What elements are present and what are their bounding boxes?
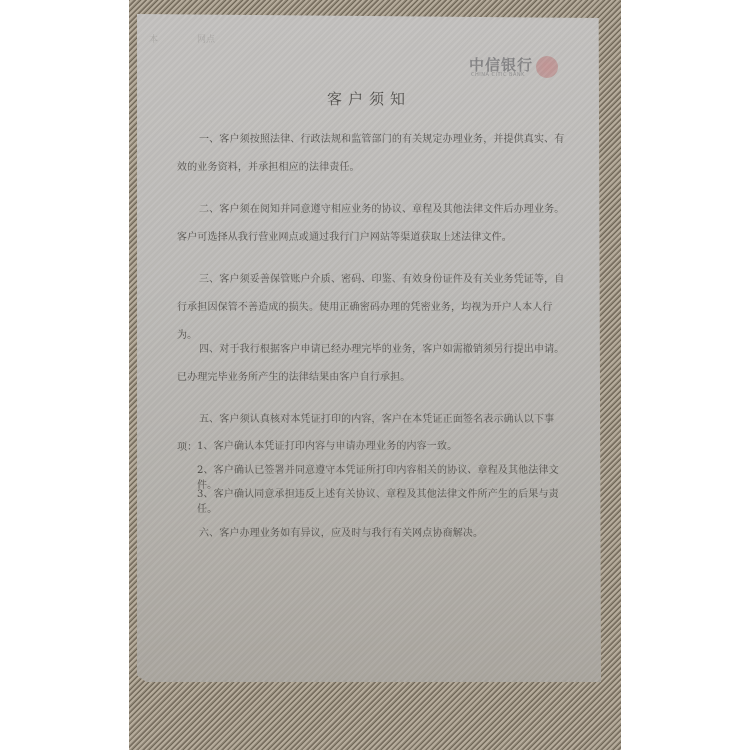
bank-logo: 中信银行 CHINA CITIC BANK — [469, 54, 569, 84]
notice-item-1: 1、客户确认本凭证打印内容与申请办理业务的内容一致。 — [197, 437, 577, 452]
customer-notice-sheet: 本 网点 中信银行 CHINA CITIC BANK 客户须知 一、客户须按照法… — [137, 14, 601, 682]
notice-item-3: 3、客户确认同意承担违反上述有关协议、章程及其他法律文件所产生的后果与责任。 — [197, 485, 577, 515]
notice-section-2: 二、客户须在阅知并同意遵守相应业务的协议、章程及其他法律文件后办理业务。客户可选… — [177, 196, 569, 252]
page-title: 客户须知 — [137, 88, 601, 109]
bank-name-en: CHINA CITIC BANK — [471, 72, 525, 78]
reverse-side-showthrough: 网点 — [197, 32, 215, 45]
notice-section-5: 五、客户须认真核对本凭证打印的内容，客户在本凭证正面签名表示确认以下事项： — [177, 406, 569, 462]
notice-section-4: 四、对于我行根据客户申请已经办理完毕的业务，客户如需撤销须另行提出申请。已办理完… — [177, 336, 569, 392]
notice-section-1: 一、客户须按照法律、行政法规和监管部门的有关规定办理业务，并提供真实、有效的业务… — [177, 126, 569, 182]
bank-seal-icon — [536, 56, 558, 78]
notice-section-6: 六、客户办理业务如有异议，应及时与我行有关网点协商解决。 — [177, 520, 569, 548]
reverse-side-showthrough: 本 — [149, 32, 158, 45]
